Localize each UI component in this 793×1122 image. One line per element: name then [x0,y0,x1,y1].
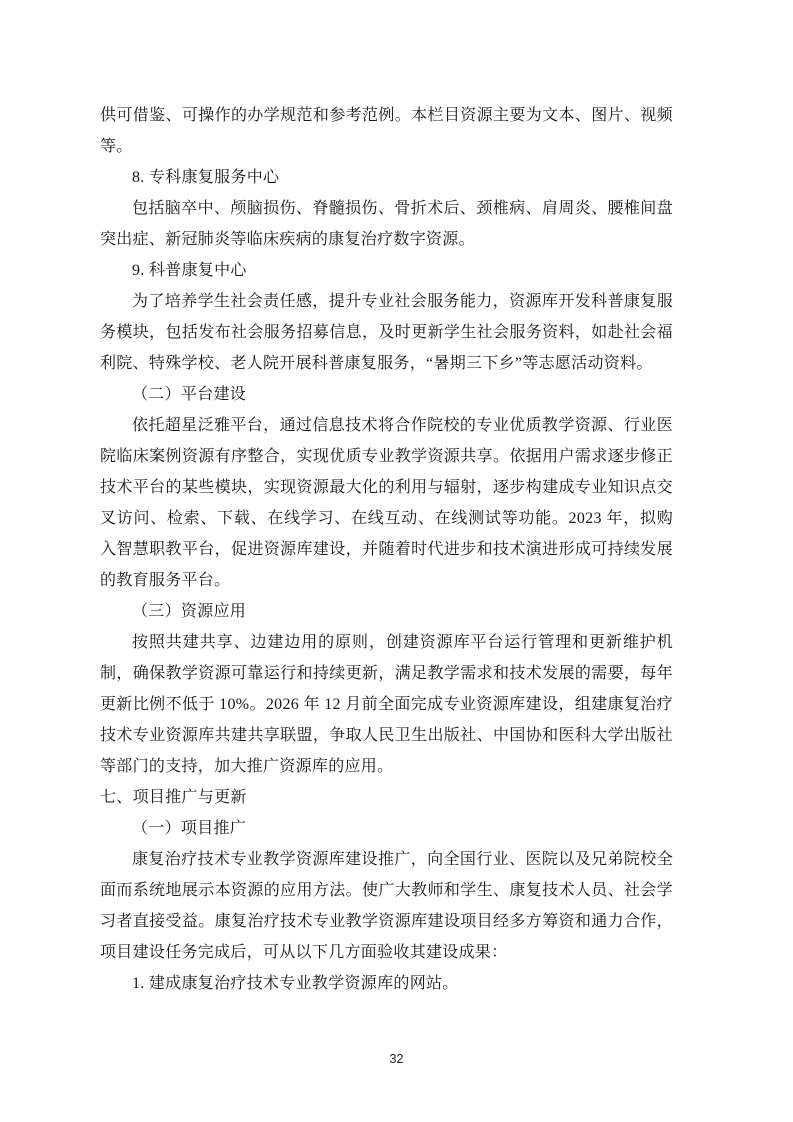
paragraph-project-promotion: 康复治疗技术专业教学资源库建设推广，向全国行业、医院以及兄弟院校全面而系统地展示… [100,844,673,968]
document-page: 供可借鉴、可操作的办学规范和参考范例。本栏目资源主要为文本、图片、视频等。 8.… [0,0,793,1122]
paragraph-column-resources: 供可借鉴、可操作的办学规范和参考范例。本栏目资源主要为文本、图片、视频等。 [100,100,673,162]
paragraph-item-1-website: 1. 建成康复治疗技术专业教学资源库的网站。 [100,968,673,999]
heading-9-science-rehab-center: 9. 科普康复中心 [100,255,673,286]
paragraph-specialty-diseases: 包括脑卒中、颅脑损伤、脊髓损伤、骨折术后、颈椎病、肩周炎、腰椎间盘突出症、新冠肺… [100,193,673,255]
heading-platform-construction: （二）平台建设 [100,379,673,410]
paragraph-science-service: 为了培养学生社会责任感，提升专业社会服务能力，资源库开发科普康复服务模块，包括发… [100,286,673,379]
heading-section-7-promotion-and-update: 七、项目推广与更新 [100,782,673,813]
heading-project-promotion: （一）项目推广 [100,813,673,844]
document-body: 供可借鉴、可操作的办学规范和参考范例。本栏目资源主要为文本、图片、视频等。 8.… [100,100,673,999]
paragraph-platform-construction: 依托超星泛雅平台，通过信息技术将合作院校的专业优质教学资源、行业医院临床案例资源… [100,410,673,596]
paragraph-resource-application: 按照共建共享、边建边用的原则，创建资源库平台运行管理和更新维护机制，确保教学资源… [100,627,673,782]
page-number: 32 [0,1052,793,1066]
heading-resource-application: （三）资源应用 [100,596,673,627]
heading-8-specialty-rehab-center: 8. 专科康复服务中心 [100,162,673,193]
